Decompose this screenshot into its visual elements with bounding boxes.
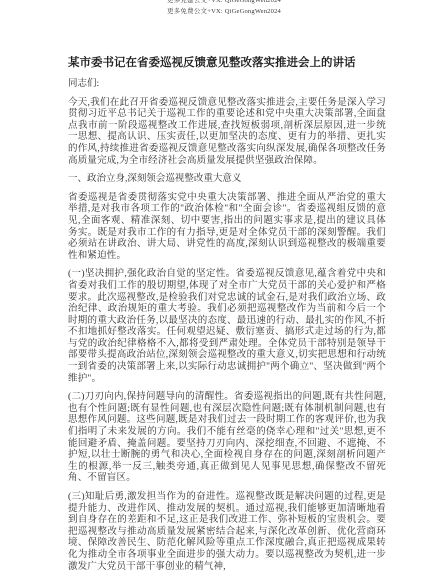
section-1-heading: 一、政治立身,深刻领会巡视整改重大意义 xyxy=(68,174,386,186)
intro-paragraph: 今天,我们在此召开省委巡视反馈意见整改落实推进会,主要任务是深入学习贯彻习近平总… xyxy=(68,98,386,168)
document-content: 某市委书记在省委巡视反馈意见整改落实推进会上的讲话 同志们: 今天,我们在此召开… xyxy=(68,56,386,580)
point-paragraph-3: (三)知耻后勇,激发担当作为的奋进性。巡视整改既是解决问题的过程,更是提升能力、… xyxy=(68,492,386,573)
document-title: 某市委书记在省委巡视反馈意见整改落实推进会上的讲话 xyxy=(68,56,386,70)
point-paragraph-2: (二)刀刃向内,保持问题导向的清醒性。省委巡视指出的问题,既有共性问题,也有个性… xyxy=(68,392,386,485)
watermark-line-2: 更多免费公文+VX: QiGeGongWen2024 xyxy=(0,6,448,17)
section-1-lead-paragraph: 省委巡视是省委贯彻落实党中央重大决策部署、推进全面从严治党的重大举措,是对我市各… xyxy=(68,193,386,263)
watermark: 更多党建公文+VX: QiGeGongWen2024 更多免费公文+VX: Qi… xyxy=(0,0,448,17)
point-paragraph-1: (一)坚决拥护,强化政治自觉的坚定性。省委巡视反馈意见,蕴含着党中央和省委对我们… xyxy=(68,269,386,385)
salutation: 同志们: xyxy=(68,79,386,91)
document-page: 更多党建公文+VX: QiGeGongWen2024 更多免费公文+VX: Qi… xyxy=(0,0,448,580)
